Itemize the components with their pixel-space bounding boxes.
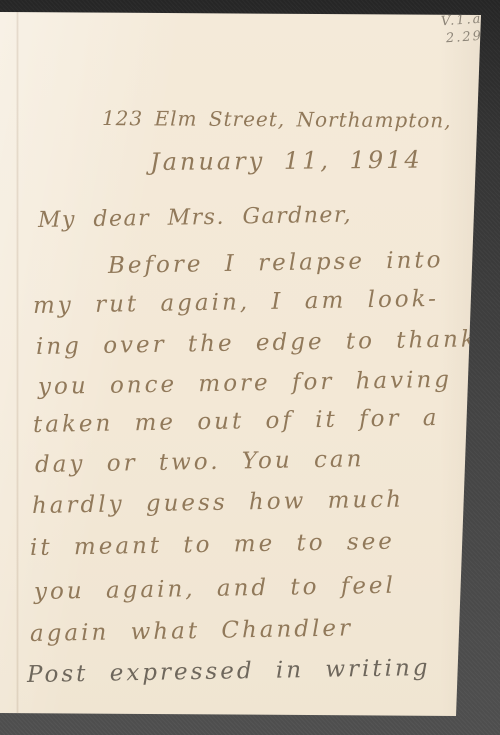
letter-body-line: hardly guess how much [32,487,404,519]
archival-mark-line2: 2.29 [446,29,484,47]
letter-body-line: Before I relapse into [108,247,444,279]
archival-mark-line1: V.1.a [441,12,483,30]
paper-fold-crease [16,12,19,715]
letter-body-line: day or two. You can [35,446,365,478]
letter-body-line: my rut again, I am look- [33,286,439,319]
date-line: January 11, 1914 [150,146,423,176]
letter-paper: V.1.a 2.29 123 Elm Street, Northampton, … [0,0,500,735]
scan-matte-background: V.1.a 2.29 123 Elm Street, Northampton, … [0,0,500,735]
letter-body-line: it meant to me to see [30,529,395,561]
letter-body-line: again what Chandler [30,615,353,647]
letter-body-line: you once more for having [38,367,452,400]
salutation-line: My dear Mrs. Gardner, [38,203,352,233]
letter-body-line: ing over the edge to thank [36,326,478,360]
letter-body-line: you again, and to feel [34,573,396,605]
letter-body-line: taken me out of it for a [33,405,440,438]
letter-body-line: Post expressed in writing [27,655,431,688]
address-line: 123 Elm Street, Northampton, [102,106,452,132]
